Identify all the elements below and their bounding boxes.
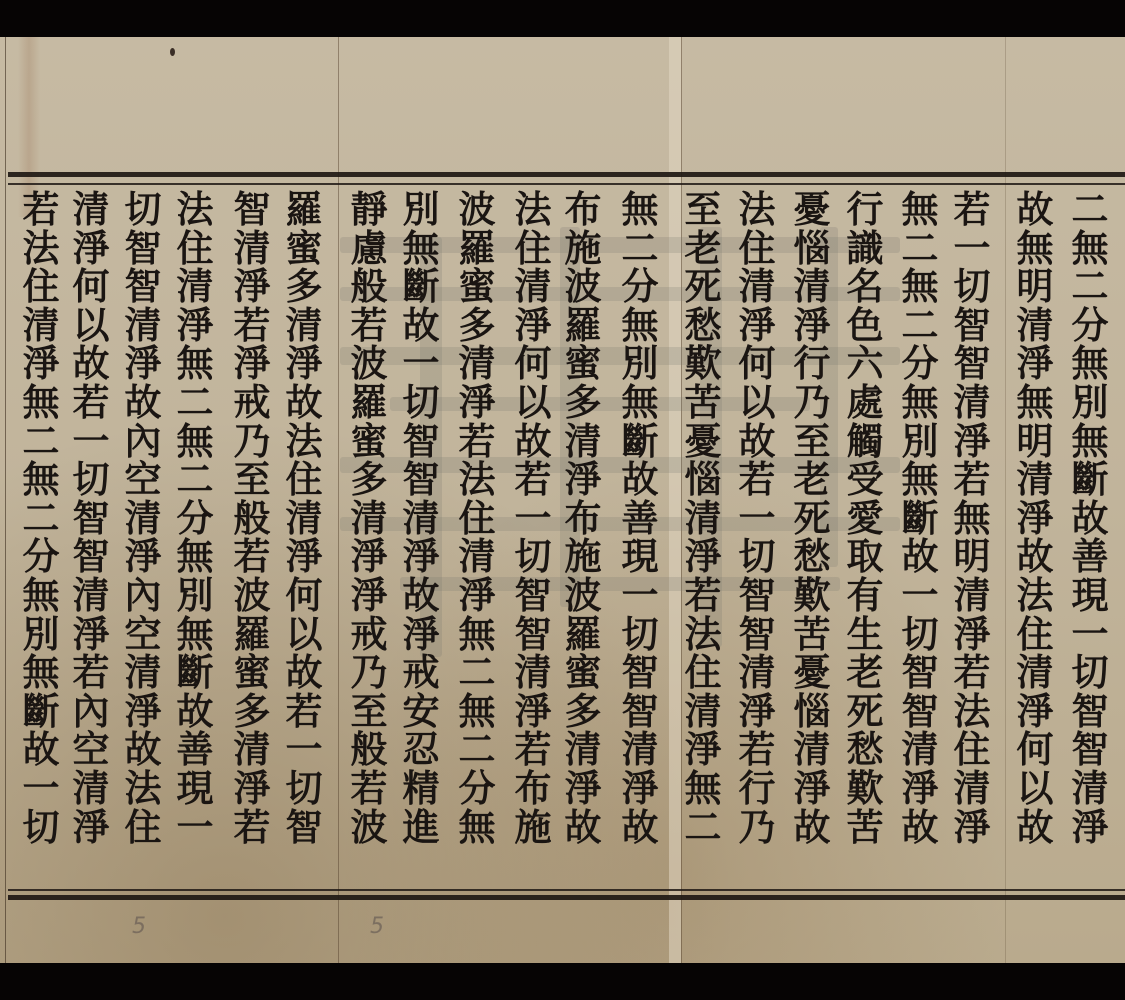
sutra-character: 何 — [1010, 730, 1060, 769]
bottom-border-thick — [8, 895, 1125, 900]
sutra-character: 淨 — [396, 615, 446, 654]
sutra-character: 淨 — [118, 537, 168, 576]
sutra-character: 切 — [732, 537, 782, 576]
page-left-edge — [5, 37, 6, 963]
text-column: 羅蜜多清淨故法住清淨何以故若一切智 — [279, 190, 329, 890]
sutra-character: 無 — [452, 615, 502, 654]
text-column: 波羅蜜多清淨若法住清淨無二無二分無 — [452, 190, 502, 890]
sutra-character: 清 — [66, 769, 116, 808]
sutra-character: 淨 — [227, 267, 277, 306]
sutra-character: 一 — [615, 576, 665, 615]
sutra-character: 清 — [787, 267, 837, 306]
sutra-character: 智 — [1065, 730, 1115, 769]
sutra-character: 清 — [396, 499, 446, 538]
sutra-character: 清 — [66, 190, 116, 229]
sutra-character: 波 — [344, 344, 394, 383]
sutra-character: 內 — [66, 692, 116, 731]
sutra-character: 一 — [396, 344, 446, 383]
text-column: 法住清淨何以故若一切智智清淨若行乃 — [732, 190, 782, 890]
text-column: 故無明清淨無明清淨故法住清淨何以故 — [1010, 190, 1060, 890]
sutra-character: 智 — [895, 653, 945, 692]
sutra-character: 淨 — [1065, 808, 1115, 847]
sutra-character: 愁 — [840, 730, 890, 769]
sutra-character: 智 — [396, 460, 446, 499]
sutra-character: 淨 — [452, 576, 502, 615]
sutra-character: 施 — [558, 537, 608, 576]
sutra-character: 布 — [558, 190, 608, 229]
sutra-character: 斷 — [16, 692, 66, 731]
sutra-character: 切 — [508, 537, 558, 576]
sutra-character: 清 — [678, 692, 728, 731]
sutra-character: 善 — [615, 499, 665, 538]
sutra-character: 何 — [279, 576, 329, 615]
sutra-character: 若 — [678, 576, 728, 615]
text-column: 二無二分無別無斷故善現一切智智清淨 — [1065, 190, 1115, 890]
sutra-character: 若 — [16, 190, 66, 229]
sutra-character: 蜜 — [279, 229, 329, 268]
ink-speck — [170, 48, 175, 56]
sutra-character: 多 — [227, 692, 277, 731]
sutra-character: 淨 — [678, 537, 728, 576]
sutra-character: 切 — [118, 190, 168, 229]
sutra-character: 住 — [118, 808, 168, 847]
sutra-character: 若 — [947, 190, 997, 229]
sutra-character: 靜 — [344, 190, 394, 229]
sutra-character: 智 — [895, 692, 945, 731]
sutra-character: 布 — [508, 769, 558, 808]
sutra-character: 有 — [840, 576, 890, 615]
sutra-character: 清 — [615, 730, 665, 769]
sutra-character: 淨 — [66, 229, 116, 268]
sutra-character: 故 — [1010, 537, 1060, 576]
sutra-character: 故 — [508, 422, 558, 461]
sutra-character: 無 — [1065, 422, 1115, 461]
sutra-character: 切 — [396, 383, 446, 422]
sutra-character: 分 — [895, 344, 945, 383]
sutra-character: 清 — [66, 576, 116, 615]
sutra-character: 蜜 — [344, 422, 394, 461]
sutra-character: 般 — [344, 267, 394, 306]
top-border-thick — [8, 172, 1125, 177]
sutra-character: 多 — [558, 383, 608, 422]
sutra-character: 行 — [732, 769, 782, 808]
sutra-character: 故 — [615, 460, 665, 499]
sutra-character: 淨 — [227, 769, 277, 808]
sutra-character: 戒 — [396, 653, 446, 692]
sutra-character: 蜜 — [558, 653, 608, 692]
sutra-character: 切 — [16, 808, 66, 847]
sutra-character: 智 — [1065, 692, 1115, 731]
sutra-character: 以 — [1010, 769, 1060, 808]
sutra-character: 蜜 — [452, 267, 502, 306]
sutra-character: 故 — [118, 383, 168, 422]
sutra-character: 住 — [170, 229, 220, 268]
sutra-character: 無 — [1065, 344, 1115, 383]
sutra-character: 內 — [118, 576, 168, 615]
sutra-character: 六 — [840, 344, 890, 383]
sutra-character: 故 — [1010, 808, 1060, 847]
sutra-character: 若 — [732, 730, 782, 769]
sutra-character: 清 — [118, 653, 168, 692]
sutra-character: 清 — [508, 267, 558, 306]
sutra-character: 故 — [279, 383, 329, 422]
sutra-character: 住 — [678, 653, 728, 692]
sutra-character: 智 — [227, 190, 277, 229]
sutra-character: 色 — [840, 306, 890, 345]
sutra-character: 智 — [118, 229, 168, 268]
sutra-character: 若 — [947, 460, 997, 499]
sutra-character: 二 — [1065, 267, 1115, 306]
sutra-character: 淨 — [787, 769, 837, 808]
text-column: 無二分無別無斷故善現一切智智清淨故 — [615, 190, 665, 890]
sutra-character: 施 — [508, 808, 558, 847]
sutra-character: 切 — [66, 460, 116, 499]
sutra-character: 歎 — [787, 576, 837, 615]
sutra-character: 智 — [615, 653, 665, 692]
sutra-character: 清 — [227, 730, 277, 769]
sutra-character: 愁 — [787, 537, 837, 576]
sutra-character: 法 — [947, 692, 997, 731]
sutra-character: 分 — [16, 537, 66, 576]
sutra-character: 法 — [16, 229, 66, 268]
sutra-character: 無 — [170, 422, 220, 461]
sutra-character: 清 — [947, 769, 997, 808]
sutra-character: 內 — [118, 422, 168, 461]
sutra-character: 淨 — [118, 344, 168, 383]
sutra-character: 以 — [508, 383, 558, 422]
sutra-character: 故 — [118, 730, 168, 769]
sutra-character: 無 — [170, 615, 220, 654]
sutra-character: 受 — [840, 460, 890, 499]
sutra-character: 住 — [16, 267, 66, 306]
sutra-character: 死 — [678, 267, 728, 306]
sutra-character: 故 — [558, 808, 608, 847]
sutra-character: 無 — [678, 769, 728, 808]
sutra-character: 清 — [16, 306, 66, 345]
sutra-character: 別 — [396, 190, 446, 229]
sutra-character: 若 — [508, 460, 558, 499]
sutra-character: 若 — [227, 306, 277, 345]
sutra-character: 無 — [1010, 229, 1060, 268]
top-border-thin — [8, 183, 1125, 185]
sutra-character: 愁 — [678, 306, 728, 345]
sutra-character: 一 — [732, 499, 782, 538]
sutra-character: 若 — [66, 383, 116, 422]
sutra-character: 切 — [947, 267, 997, 306]
sutra-character: 淨 — [558, 460, 608, 499]
sutra-character: 無 — [1065, 229, 1115, 268]
sutra-character: 故 — [895, 808, 945, 847]
sutra-character: 智 — [279, 808, 329, 847]
sutra-character: 淨 — [16, 344, 66, 383]
pencil-mark: 5 — [132, 914, 146, 939]
sutra-character: 切 — [895, 615, 945, 654]
sutra-character: 無 — [895, 190, 945, 229]
sutra-character: 清 — [344, 499, 394, 538]
sutra-character: 清 — [947, 383, 997, 422]
sutra-character: 清 — [558, 422, 608, 461]
sutra-character: 現 — [170, 769, 220, 808]
sutra-character: 愛 — [840, 499, 890, 538]
text-column: 清淨何以故若一切智智清淨若內空清淨 — [66, 190, 116, 890]
sutra-character: 法 — [170, 190, 220, 229]
sutra-character: 智 — [118, 267, 168, 306]
sutra-character: 一 — [947, 229, 997, 268]
sutra-character: 多 — [558, 692, 608, 731]
sutra-character: 清 — [279, 306, 329, 345]
sutra-character: 若 — [227, 808, 277, 847]
sutra-character: 斷 — [1065, 460, 1115, 499]
sutra-character: 羅 — [227, 615, 277, 654]
sutra-character: 惱 — [678, 460, 728, 499]
sutra-character: 若 — [732, 460, 782, 499]
sutra-character: 老 — [678, 229, 728, 268]
sutra-character: 淨 — [678, 730, 728, 769]
sutra-character: 以 — [279, 615, 329, 654]
sutra-character: 故 — [396, 306, 446, 345]
sutra-character: 清 — [508, 653, 558, 692]
text-column: 切智智清淨故內空清淨內空清淨故法住 — [118, 190, 168, 890]
sutra-character: 法 — [678, 615, 728, 654]
sutra-character: 分 — [1065, 306, 1115, 345]
sutra-character: 憂 — [787, 653, 837, 692]
sutra-character: 智 — [66, 537, 116, 576]
sutra-character: 法 — [508, 190, 558, 229]
sutra-character: 老 — [840, 653, 890, 692]
sutra-character: 法 — [452, 460, 502, 499]
sutra-character: 無 — [615, 383, 665, 422]
sutra-character: 故 — [895, 537, 945, 576]
sutra-character: 處 — [840, 383, 890, 422]
sutra-character: 智 — [947, 306, 997, 345]
sutra-character: 一 — [66, 422, 116, 461]
sutra-character: 清 — [787, 730, 837, 769]
sutra-character: 若 — [452, 422, 502, 461]
sutra-character: 無 — [452, 808, 502, 847]
sutra-character: 二 — [895, 306, 945, 345]
sutra-character: 一 — [508, 499, 558, 538]
sutra-character: 清 — [558, 730, 608, 769]
sutra-character: 住 — [1010, 615, 1060, 654]
sutra-character: 一 — [279, 730, 329, 769]
sutra-character: 故 — [1010, 190, 1060, 229]
sutra-character: 若 — [344, 769, 394, 808]
sutra-character: 斷 — [396, 267, 446, 306]
sutra-character: 死 — [840, 692, 890, 731]
sutra-character: 分 — [615, 267, 665, 306]
sutra-character: 名 — [840, 267, 890, 306]
sutra-character: 般 — [344, 730, 394, 769]
sutra-character: 二 — [452, 653, 502, 692]
sutra-character: 故 — [279, 653, 329, 692]
sutra-character: 智 — [732, 615, 782, 654]
sutra-character: 波 — [344, 808, 394, 847]
text-column: 靜慮般若波羅蜜多清淨淨戒乃至般若波 — [344, 190, 394, 890]
sutra-character: 無 — [16, 383, 66, 422]
sutra-character: 空 — [118, 615, 168, 654]
sutra-character: 淨 — [947, 808, 997, 847]
sutra-character: 別 — [895, 422, 945, 461]
sutra-character: 善 — [1065, 537, 1115, 576]
sutra-character: 死 — [787, 499, 837, 538]
sutra-character: 智 — [508, 615, 558, 654]
sutra-character: 取 — [840, 537, 890, 576]
sutra-character: 清 — [1065, 769, 1115, 808]
sutra-character: 淨 — [895, 769, 945, 808]
sutra-character: 苦 — [787, 615, 837, 654]
sutra-character: 無 — [895, 460, 945, 499]
text-column: 別無斷故一切智智清淨故淨戒安忍精進 — [396, 190, 446, 890]
sutra-character: 乃 — [732, 808, 782, 847]
sutra-character: 識 — [840, 229, 890, 268]
sutra-character: 至 — [344, 692, 394, 731]
sutra-character: 蜜 — [227, 653, 277, 692]
sutra-character: 二 — [895, 229, 945, 268]
sutra-character: 明 — [1010, 422, 1060, 461]
sutra-character: 惱 — [787, 692, 837, 731]
sutra-character: 觸 — [840, 422, 890, 461]
sutra-character: 淨 — [732, 306, 782, 345]
sutra-character: 無 — [615, 190, 665, 229]
sutra-character: 淨 — [1010, 344, 1060, 383]
sutra-character: 淨 — [508, 692, 558, 731]
sutra-character: 無 — [947, 499, 997, 538]
sutra-character: 斷 — [615, 422, 665, 461]
sutra-character: 羅 — [558, 306, 608, 345]
sutra-character: 淨 — [227, 344, 277, 383]
sutra-character: 若 — [344, 306, 394, 345]
sutra-character: 乃 — [227, 422, 277, 461]
sutra-character: 故 — [732, 422, 782, 461]
sutra-character: 羅 — [558, 615, 608, 654]
sutra-character: 乃 — [344, 653, 394, 692]
sutra-character: 明 — [947, 537, 997, 576]
sutra-character: 無 — [1010, 383, 1060, 422]
sutra-character: 淨 — [170, 306, 220, 345]
sutra-character: 空 — [118, 460, 168, 499]
sutra-character: 空 — [66, 730, 116, 769]
sutra-character: 羅 — [452, 229, 502, 268]
sutra-character: 淨 — [344, 537, 394, 576]
sutra-character: 斷 — [170, 653, 220, 692]
sutra-character: 現 — [615, 537, 665, 576]
text-column: 智清淨若淨戒乃至般若波羅蜜多清淨若 — [227, 190, 277, 890]
sutra-character: 淨 — [279, 537, 329, 576]
sutra-character: 羅 — [279, 190, 329, 229]
sutra-character: 別 — [615, 344, 665, 383]
sutra-character: 二 — [16, 499, 66, 538]
sutra-character: 智 — [732, 576, 782, 615]
sutra-character: 歎 — [840, 769, 890, 808]
sutra-character: 波 — [452, 190, 502, 229]
sutra-character: 無 — [16, 576, 66, 615]
sutra-character: 淨 — [66, 615, 116, 654]
sutra-character: 般 — [227, 499, 277, 538]
sutra-character: 分 — [170, 499, 220, 538]
sutra-character: 智 — [508, 576, 558, 615]
sutra-character: 清 — [1010, 306, 1060, 345]
sutra-character: 一 — [895, 576, 945, 615]
sutra-character: 別 — [170, 576, 220, 615]
sutra-character: 淨 — [508, 306, 558, 345]
sutra-character: 一 — [1065, 615, 1115, 654]
sutra-character: 若 — [508, 730, 558, 769]
sutra-character: 住 — [452, 499, 502, 538]
sutra-character: 波 — [227, 576, 277, 615]
sutra-character: 若 — [279, 692, 329, 731]
sutra-character: 無 — [170, 344, 220, 383]
sutra-character: 二 — [16, 422, 66, 461]
sutra-character: 法 — [1010, 576, 1060, 615]
sutra-character: 清 — [452, 344, 502, 383]
sutra-character: 二 — [678, 808, 728, 847]
sutra-character: 慮 — [344, 229, 394, 268]
sutra-character: 羅 — [344, 383, 394, 422]
sutra-character: 清 — [895, 730, 945, 769]
sutra-character: 住 — [947, 730, 997, 769]
sutra-character: 智 — [396, 422, 446, 461]
sutra-character: 切 — [615, 615, 665, 654]
sutra-character: 清 — [678, 499, 728, 538]
sutra-character: 清 — [118, 306, 168, 345]
sutra-character: 無 — [895, 267, 945, 306]
text-column: 法住清淨無二無二分無別無斷故善現一 — [170, 190, 220, 890]
sutra-character: 苦 — [678, 383, 728, 422]
sutra-character: 現 — [1065, 576, 1115, 615]
sutra-character: 清 — [227, 229, 277, 268]
sutra-character: 忍 — [396, 730, 446, 769]
sutra-character: 明 — [1010, 267, 1060, 306]
sutra-character: 淨 — [732, 692, 782, 731]
sutra-character: 行 — [787, 344, 837, 383]
sutra-character: 二 — [170, 383, 220, 422]
sutra-character: 以 — [66, 306, 116, 345]
sutra-character: 生 — [840, 615, 890, 654]
sutra-character: 波 — [558, 267, 608, 306]
sutra-character: 二 — [615, 229, 665, 268]
text-column: 憂惱清淨行乃至老死愁歎苦憂惱清淨故 — [787, 190, 837, 890]
sutra-character: 故 — [787, 808, 837, 847]
sutra-character: 布 — [558, 499, 608, 538]
sutra-character: 至 — [227, 460, 277, 499]
sutra-character: 無 — [895, 383, 945, 422]
sutra-character: 一 — [170, 808, 220, 847]
sutra-character: 切 — [1065, 653, 1115, 692]
sutra-character: 施 — [558, 229, 608, 268]
sutra-character: 無 — [396, 229, 446, 268]
sutra-character: 憂 — [678, 422, 728, 461]
sutra-character: 法 — [732, 190, 782, 229]
sutra-character: 法 — [118, 769, 168, 808]
sutra-character: 二 — [170, 460, 220, 499]
sutra-character: 故 — [16, 730, 66, 769]
sutra-character: 清 — [732, 653, 782, 692]
sutra-character: 至 — [787, 422, 837, 461]
sutra-character: 多 — [279, 267, 329, 306]
sutra-character: 戒 — [344, 615, 394, 654]
sutra-character: 多 — [452, 306, 502, 345]
sutra-character: 淨 — [118, 692, 168, 731]
pencil-mark: 5 — [370, 914, 384, 939]
sutra-character: 以 — [732, 383, 782, 422]
sutra-character: 清 — [1010, 653, 1060, 692]
sutra-character: 清 — [279, 499, 329, 538]
sutra-character: 斷 — [895, 499, 945, 538]
sutra-character: 別 — [16, 615, 66, 654]
sutra-character: 清 — [947, 576, 997, 615]
sutra-character: 無 — [452, 692, 502, 731]
sutra-character: 無 — [170, 537, 220, 576]
